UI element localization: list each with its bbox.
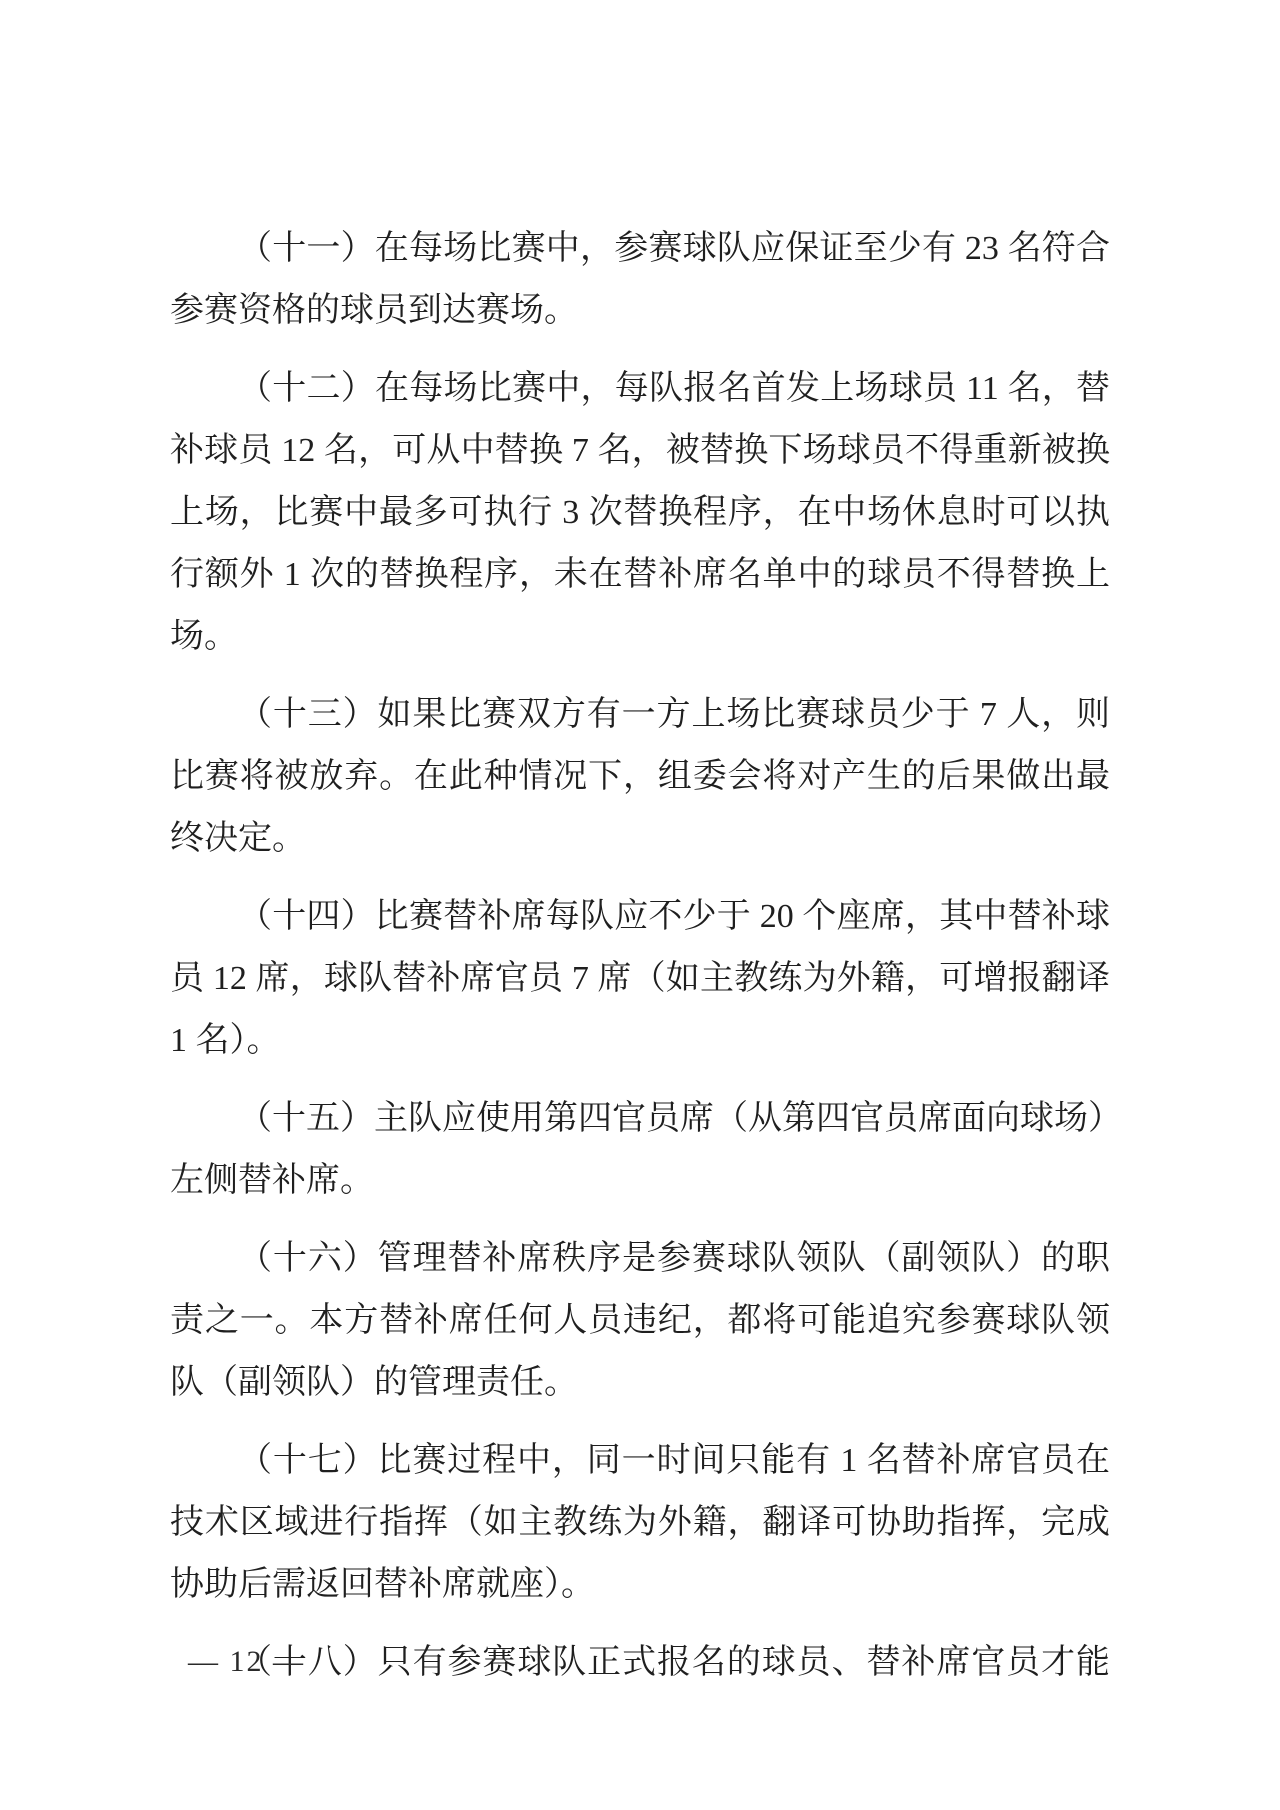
- text-line: （十一）在每场比赛中，参赛球队应保证至少有 23 名符合: [170, 218, 1110, 280]
- text-line: 比赛将被放弃。在此种情况下，组委会将对产生的后果做出最: [170, 746, 1110, 808]
- text-line: 场。: [170, 606, 1110, 668]
- text-line: 员 12 席，球队替补席官员 7 席（如主教练为外籍，可增报翻译: [170, 948, 1110, 1010]
- text-line: （十四）比赛替补席每队应不少于 20 个座席，其中替补球: [170, 886, 1110, 948]
- text-line: 终决定。: [170, 808, 1110, 870]
- text-line: （十三）如果比赛双方有一方上场比赛球员少于 7 人，则: [170, 684, 1110, 746]
- text-line: （十八）只有参赛球队正式报名的球员、替补席官员才能: [170, 1632, 1110, 1694]
- text-line: （十二）在每场比赛中，每队报名首发上场球员 11 名，替: [170, 358, 1110, 420]
- text-line: 技术区域进行指挥（如主教练为外籍，翻译可协助指挥，完成: [170, 1492, 1110, 1554]
- text-line: 协助后需返回替补席就座）。: [170, 1554, 1110, 1616]
- text-line: 行额外 1 次的替换程序，未在替补席名单中的球员不得替换上: [170, 544, 1110, 606]
- text-line: 1 名）。: [170, 1010, 1110, 1072]
- text-line: 责之一。本方替补席任何人员违纪，都将可能追究参赛球队领: [170, 1290, 1110, 1352]
- text-line: （十五）主队应使用第四官员席（从第四官员席面向球场）: [170, 1088, 1110, 1150]
- document-page: （十一）在每场比赛中，参赛球队应保证至少有 23 名符合 参赛资格的球员到达赛场…: [0, 0, 1280, 1810]
- text-line: 参赛资格的球员到达赛场。: [170, 280, 1110, 342]
- text-line: 补球员 12 名，可从中替换 7 名，被替换下场球员不得重新被换: [170, 420, 1110, 482]
- text-line: （十六）管理替补席秩序是参赛球队领队（副领队）的职: [170, 1228, 1110, 1290]
- text-line: 队（副领队）的管理责任。: [170, 1352, 1110, 1414]
- page-number: — 12 —: [188, 1640, 305, 1684]
- text-line: （十七）比赛过程中，同一时间只能有 1 名替补席官员在: [170, 1430, 1110, 1492]
- text-line: 左侧替补席。: [170, 1150, 1110, 1212]
- text-line: 上场，比赛中最多可执行 3 次替换程序，在中场休息时可以执: [170, 482, 1110, 544]
- document-body-text: （十一）在每场比赛中，参赛球队应保证至少有 23 名符合 参赛资格的球员到达赛场…: [170, 218, 1110, 1710]
